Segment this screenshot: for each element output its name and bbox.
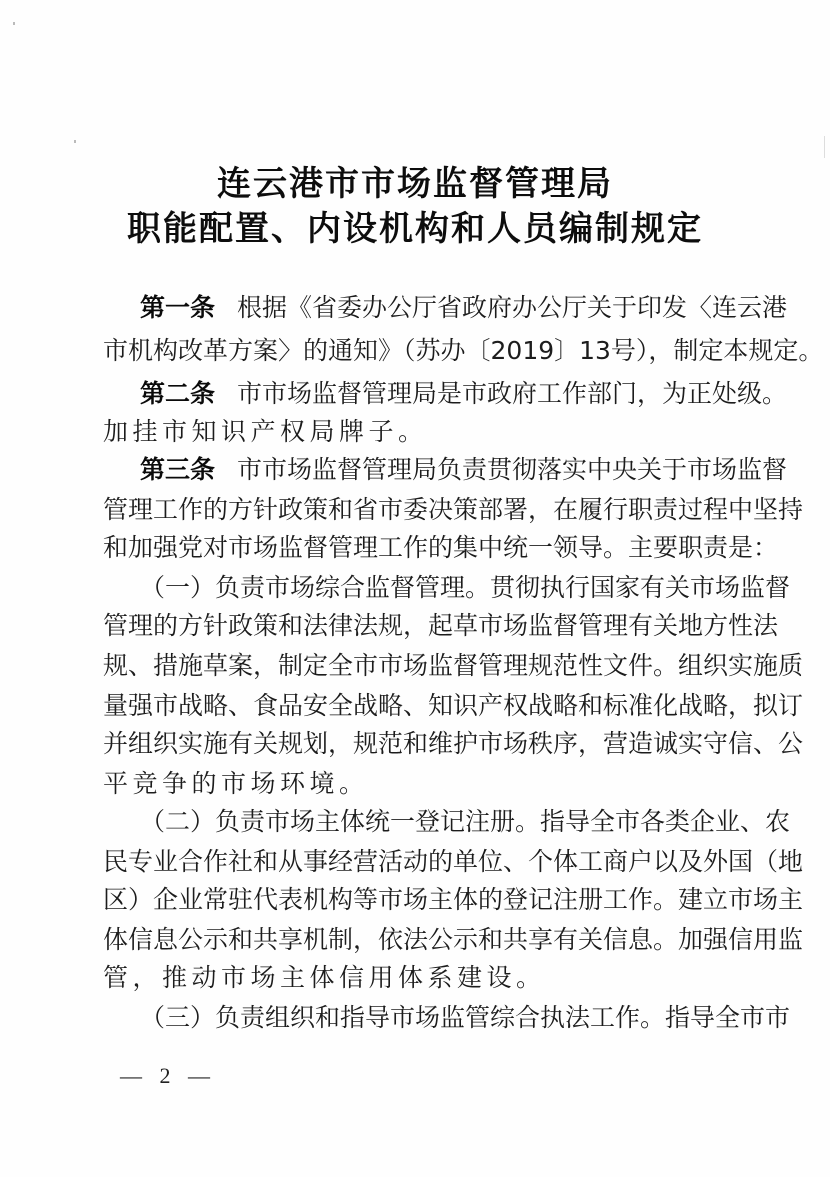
article-2-text-1: 市市场监督管理局是市政府工作部门，为正处级。	[237, 379, 787, 408]
scan-speck	[74, 140, 76, 143]
document-title-line-2: 职能配置、内设机构和人员编制规定	[0, 209, 830, 249]
article-3-line-2: 管理工作的方针政策和省市委决策部署，在履行职责过程中坚持	[103, 494, 718, 526]
article-2-label: 第二条	[140, 379, 215, 408]
article-3-label: 第三条	[140, 455, 215, 484]
duty-1-line-3: 规、措施草案，制定全市市场监督管理规范性文件。组织实施质	[103, 650, 718, 682]
duty-1-line-1: （一）负责市场综合监督管理。贯彻执行国家有关市场监督	[140, 572, 718, 604]
duty-3-line-1: （三）负责组织和指导市场监管综合执法工作。指导全市市	[140, 1002, 718, 1034]
duty-2-line-4: 体信息公示和共享机制，依法公示和共享有关信息。加强信用监	[103, 924, 718, 956]
document-page: 连云港市市场监督管理局 职能配置、内设机构和人员编制规定 第一条根据《省委办公厅…	[0, 0, 830, 1177]
article-1-line-1: 第一条根据《省委办公厅省政府办公厅关于印发〈连云港	[140, 292, 718, 324]
duty-2-line-3: 区）企业常驻代表机构等市场主体的登记注册工作。建立市场主	[103, 884, 718, 916]
article-2-line-1: 第二条市市场监督管理局是市政府工作部门，为正处级。	[140, 378, 718, 410]
duty-1-line-4: 量强市战略、食品安全战略、知识产权战略和标准化战略，拟订	[103, 690, 718, 722]
duty-2-line-1: （二）负责市场主体统一登记注册。指导全市各类企业、农	[140, 806, 718, 838]
article-1-text-1: 根据《省委办公厅省政府办公厅关于印发〈连云港	[237, 293, 787, 322]
duty-2-line-2: 民专业合作社和从事经营活动的单位、个体工商户以及外国（地	[103, 846, 718, 878]
article-1-label: 第一条	[140, 293, 215, 322]
article-3-line-1: 第三条市市场监督管理局负责贯彻落实中央关于市场监督	[140, 454, 718, 486]
scan-edge-mark	[824, 136, 825, 158]
document-title-line-1: 连云港市市场监督管理局	[0, 164, 830, 204]
duty-1-line-5: 并组织实施有关规划，规范和维护市场秩序，营造诚实守信、公	[103, 728, 718, 760]
article-3-text-1: 市市场监督管理局负责贯彻落实中央关于市场监督	[237, 455, 787, 484]
article-3-line-3: 和加强党对市场监督管理工作的集中统一领导。主要职责是：	[103, 532, 718, 564]
article-2-line-2: 加挂市知识产权局牌子。	[103, 416, 718, 448]
scan-speck	[13, 22, 15, 25]
article-1-line-2: 市机构改革方案〉的通知》（苏办〔2019〕13号），制定本规定。	[103, 335, 718, 367]
duty-1-line-2: 管理的方针政策和法律法规，起草市场监督管理有关地方性法	[103, 610, 718, 642]
duty-1-line-6: 平竞争的市场环境。	[103, 768, 718, 800]
page-number: — 2 —	[120, 1063, 216, 1089]
duty-2-line-5: 管，推动市场主体信用体系建设。	[103, 962, 718, 994]
